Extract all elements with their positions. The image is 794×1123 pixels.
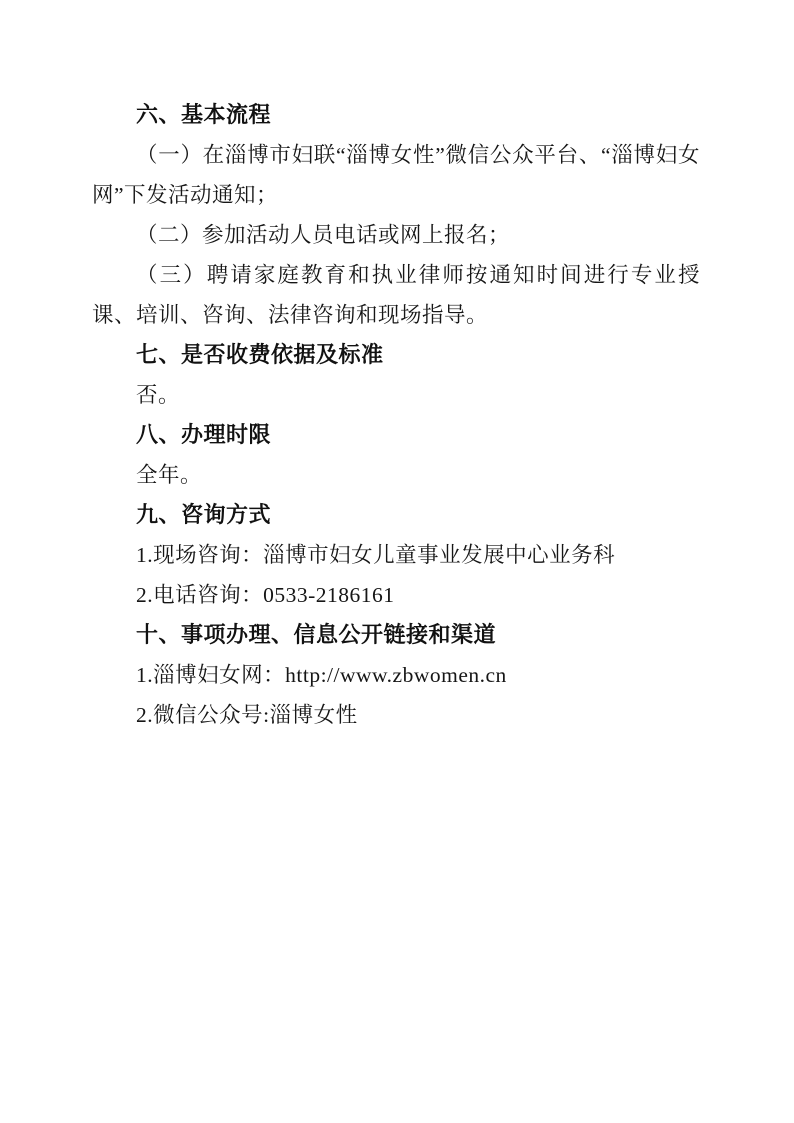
document-page: 六、基本流程（一）在淄博市妇联“淄博女性”微信公众平台、“淄博妇女网”下发活动通… [0,0,794,1123]
paragraph: （二）参加活动人员电话或网上报名； [92,215,700,255]
paragraph: 全年。 [92,455,700,495]
section-heading: 十、事项办理、信息公开链接和渠道 [92,615,700,655]
paragraph: （一）在淄博市妇联“淄博女性”微信公众平台、“淄博妇女网”下发活动通知； [92,135,700,215]
paragraph: （三）聘请家庭教育和执业律师按通知时间进行专业授课、培训、咨询、法律咨询和现场指… [92,255,700,335]
paragraph: 2.电话咨询：0533-2186161 [92,575,700,615]
section-heading: 九、咨询方式 [92,495,700,535]
document-body: 六、基本流程（一）在淄博市妇联“淄博女性”微信公众平台、“淄博妇女网”下发活动通… [92,95,700,735]
section-heading: 六、基本流程 [92,95,700,135]
section-heading: 七、是否收费依据及标准 [92,335,700,375]
section-heading: 八、办理时限 [92,415,700,455]
paragraph: 否。 [92,375,700,415]
paragraph: 2.微信公众号:淄博女性 [92,695,700,735]
paragraph: 1.淄博妇女网：http://www.zbwomen.cn [92,655,700,695]
paragraph: 1.现场咨询：淄博市妇女儿童事业发展中心业务科 [92,535,700,575]
